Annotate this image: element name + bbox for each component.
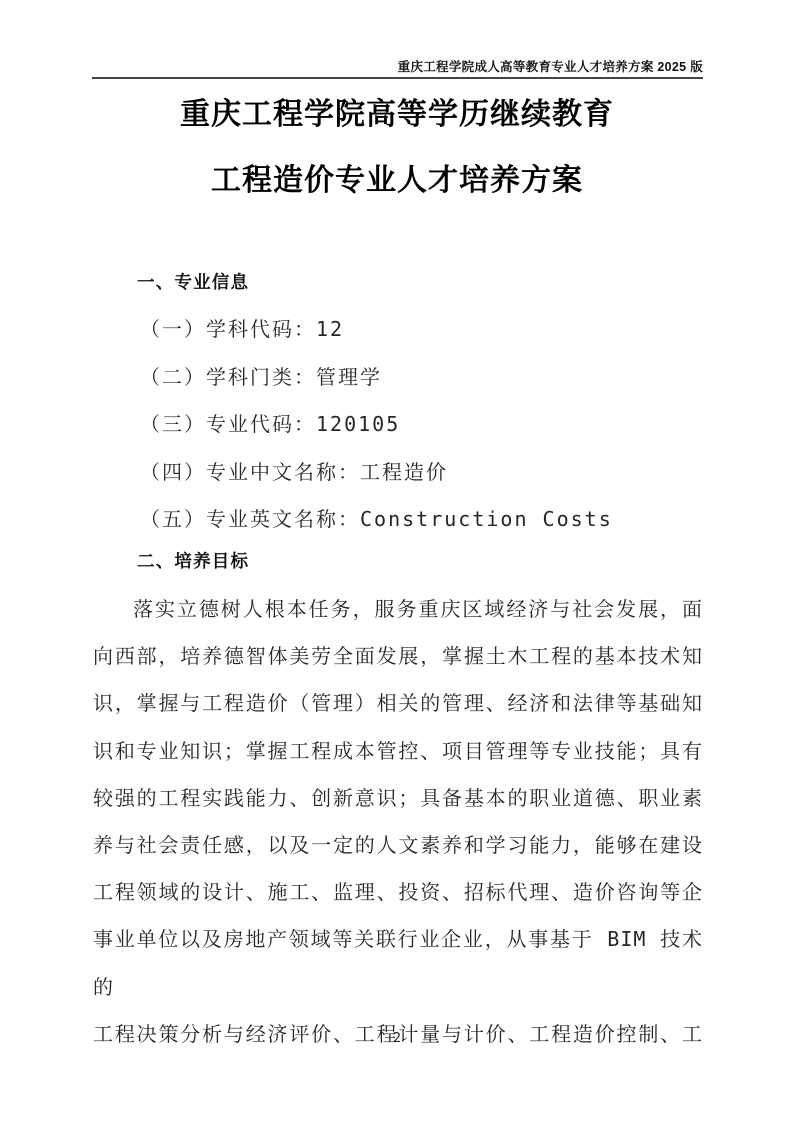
list-item: （四）专业中文名称：工程造价 bbox=[140, 449, 703, 497]
paragraph-line: 识和专业知识；掌握工程成本管控、项目管理等专业技能；具有 bbox=[93, 728, 703, 775]
header-text: 重庆工程学院成人高等教育专业人才培养方案 2025 版 bbox=[398, 60, 703, 74]
paragraph-line: 工程领域的设计、施工、监理、投资、招标代理、造价咨询等企 bbox=[93, 869, 703, 916]
page-number: 2 bbox=[393, 1030, 401, 1046]
list-item: （五）专业英文名称：Construction Costs bbox=[140, 496, 703, 544]
paragraph-line: 识，掌握与工程造价（管理）相关的管理、经济和法律等基础知 bbox=[93, 680, 703, 727]
title-line-1: 重庆工程学院高等学历继续教育 bbox=[0, 96, 794, 134]
paragraph-line: 事业单位以及房地产领域等关联行业企业，从事基于 BIM 技术的 bbox=[93, 916, 703, 1010]
document-page: 重庆工程学院成人高等教育专业人才培养方案 2025 版 重庆工程学院高等学历继续… bbox=[0, 0, 794, 1122]
paragraph-line: 向西部，培养德智体美劳全面发展，掌握土木工程的基本技术知 bbox=[93, 633, 703, 680]
paragraph-line: 养与社会责任感，以及一定的人文素养和学习能力，能够在建设 bbox=[93, 822, 703, 869]
page-header: 重庆工程学院成人高等教育专业人才培养方案 2025 版 bbox=[92, 60, 703, 79]
list-item: （三）专业代码：120105 bbox=[140, 401, 703, 449]
list-item: （二）学科门类：管理学 bbox=[140, 354, 703, 402]
paragraph-line: 落实立德树人根本任务，服务重庆区域经济与社会发展，面 bbox=[93, 586, 703, 633]
section-heading-training-goal: 二、培养目标 bbox=[137, 551, 249, 572]
title-line-2: 工程造价专业人才培养方案 bbox=[0, 162, 794, 200]
section-heading-major-info: 一、专业信息 bbox=[137, 272, 249, 293]
list-item: （一）学科代码：12 bbox=[140, 306, 703, 354]
paragraph-line: 较强的工程实践能力、创新意识；具备基本的职业道德、职业素 bbox=[93, 775, 703, 822]
page-footer: 2 bbox=[0, 1030, 794, 1046]
major-info-list: （一）学科代码：12（二）学科门类：管理学（三）专业代码：120105（四）专业… bbox=[140, 306, 703, 544]
training-goal-paragraph: 落实立德树人根本任务，服务重庆区域经济与社会发展，面向西部，培养德智体美劳全面发… bbox=[93, 586, 703, 1058]
document-title: 重庆工程学院高等学历继续教育 工程造价专业人才培养方案 bbox=[0, 96, 794, 200]
